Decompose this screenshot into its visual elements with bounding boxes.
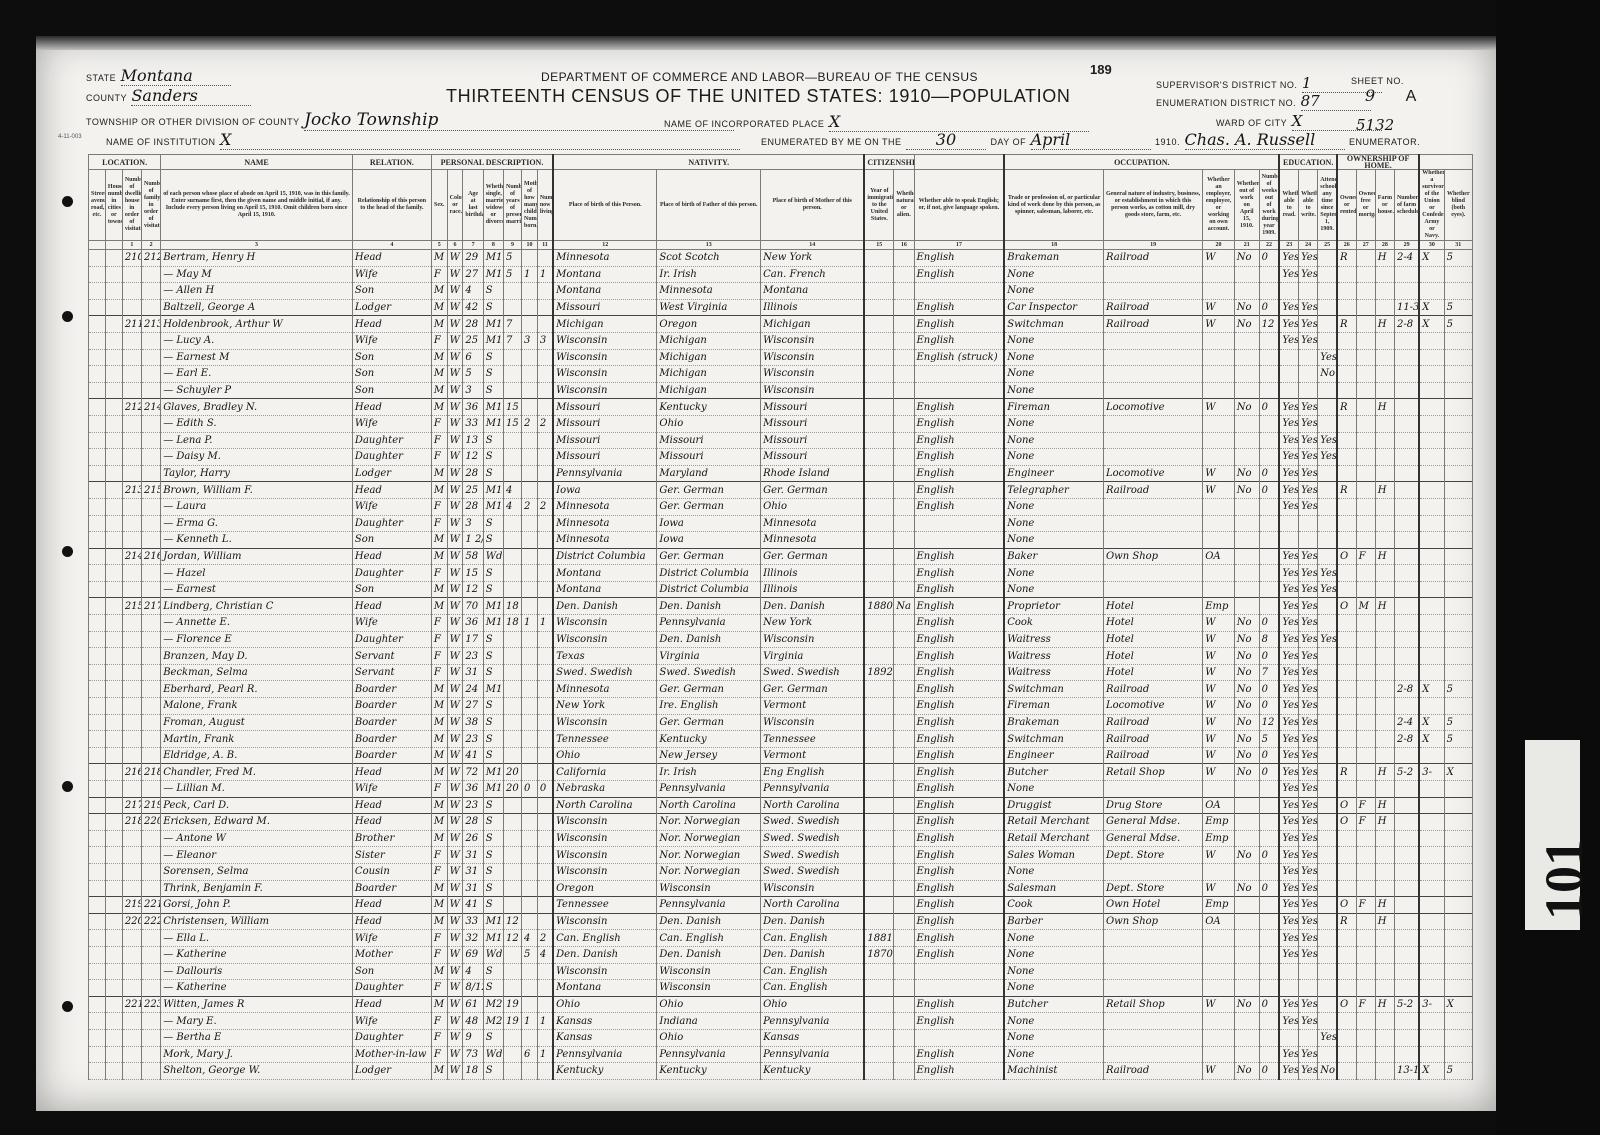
- farm-house: [1375, 266, 1394, 283]
- owned-rented: [1337, 515, 1356, 532]
- birthplace: Wisconsin: [553, 847, 657, 864]
- mother-birthplace: Pennsylvania: [761, 1013, 865, 1030]
- employment-class: [1203, 415, 1235, 432]
- person-name: Eberhard, Pearl R.: [161, 681, 353, 698]
- children-living: [537, 581, 553, 598]
- person-name: — Earl E.: [161, 366, 353, 383]
- owned-rented: [1337, 283, 1356, 300]
- employment-class: OA: [1203, 548, 1235, 565]
- father-birthplace: Den. Danish: [657, 598, 761, 615]
- industry: [1103, 1029, 1202, 1046]
- children-living: 1: [537, 1046, 553, 1063]
- race: W: [447, 515, 463, 532]
- owned-rented: [1337, 266, 1356, 283]
- can-read: Yes: [1279, 299, 1298, 316]
- language: English: [914, 1013, 1004, 1030]
- coded-col-31: [1444, 1029, 1472, 1046]
- farm-schedule: [1394, 797, 1419, 814]
- person-name: Eldridge, A. B.: [161, 747, 353, 764]
- relation: Servant: [352, 664, 431, 681]
- years-married: [504, 548, 522, 565]
- coded-col-31: [1444, 814, 1472, 831]
- sex: M: [431, 764, 447, 781]
- employment-class: Emp: [1203, 598, 1235, 615]
- mother-birthplace: Tennessee: [761, 731, 865, 748]
- attended-school: Yes: [1318, 581, 1337, 598]
- marital-status: M1: [483, 930, 503, 947]
- attended-school: [1318, 299, 1337, 316]
- marital-status: M1: [483, 498, 503, 515]
- out-of-work: [1234, 1029, 1259, 1046]
- family-number: 220: [141, 814, 160, 831]
- can-read: Yes: [1279, 946, 1298, 963]
- children-living: [537, 283, 553, 300]
- dwelling-number: 218: [122, 814, 141, 831]
- relation: Son: [352, 366, 431, 383]
- owned-rented: [1337, 1013, 1356, 1030]
- age: 17: [463, 631, 483, 648]
- employment-class: Emp: [1203, 814, 1235, 831]
- sex: F: [431, 565, 447, 582]
- table-row: — Laura Wife F W 28 M1 4 2 2 Minnesota G…: [89, 498, 1473, 515]
- family-number: [141, 714, 160, 731]
- naturalization: [894, 863, 914, 880]
- employment-class: [1203, 266, 1235, 283]
- occupation: None: [1004, 498, 1103, 515]
- can-read: Yes: [1279, 797, 1298, 814]
- age: 25: [463, 332, 483, 349]
- industry: Railroad: [1103, 747, 1202, 764]
- attended-school: [1318, 266, 1337, 283]
- father-birthplace: North Carolina: [657, 797, 761, 814]
- employment-class: W: [1203, 714, 1235, 731]
- free-mortgaged: [1356, 747, 1375, 764]
- dwelling-number: [122, 631, 141, 648]
- farm-house: [1375, 631, 1394, 648]
- farm-schedule: [1394, 548, 1419, 565]
- language: English (struck): [914, 349, 1004, 366]
- out-of-work: No: [1234, 681, 1259, 698]
- person-name: Brown, William F.: [161, 482, 353, 499]
- coded-col-31: [1444, 565, 1472, 582]
- mother-birthplace: Missouri: [761, 432, 865, 449]
- children-born: [522, 631, 538, 648]
- years-married: 5: [504, 266, 522, 283]
- mother-birthplace: Minnesota: [761, 532, 865, 549]
- coded-col-30: [1419, 1013, 1444, 1030]
- relation: Boarder: [352, 731, 431, 748]
- age: 15: [463, 565, 483, 582]
- dwelling-number: [122, 930, 141, 947]
- immigration-year: [864, 349, 893, 366]
- owned-rented: [1337, 1046, 1356, 1063]
- binder-hole-icon: [62, 196, 73, 207]
- can-read: Yes: [1279, 598, 1298, 615]
- relation: Head: [352, 996, 431, 1013]
- father-birthplace: Michigan: [657, 366, 761, 383]
- father-birthplace: Scot Scotch: [657, 250, 761, 267]
- sex: F: [431, 332, 447, 349]
- employment-class: [1203, 283, 1235, 300]
- can-read: Yes: [1279, 415, 1298, 432]
- employment-class: W: [1203, 465, 1235, 482]
- free-mortgaged: [1356, 366, 1375, 383]
- farm-house: [1375, 283, 1394, 300]
- mother-birthplace: Swed. Swedish: [761, 814, 865, 831]
- out-of-work: [1234, 797, 1259, 814]
- race: W: [447, 482, 463, 499]
- farm-schedule: [1394, 980, 1419, 997]
- children-living: [537, 996, 553, 1013]
- weeks-out: 7: [1259, 664, 1279, 681]
- naturalization: [894, 465, 914, 482]
- free-mortgaged: [1356, 631, 1375, 648]
- employment-class: W: [1203, 299, 1235, 316]
- race: W: [447, 880, 463, 897]
- mother-birthplace: Rhode Island: [761, 465, 865, 482]
- naturalization: [894, 332, 914, 349]
- weeks-out: 0: [1259, 615, 1279, 632]
- language: English: [914, 863, 1004, 880]
- farm-schedule: 2-4: [1394, 250, 1419, 267]
- sex: F: [431, 863, 447, 880]
- can-read: Yes: [1279, 781, 1298, 798]
- weeks-out: [1259, 781, 1279, 798]
- birthplace: Kansas: [553, 1029, 657, 1046]
- family-number: 215: [141, 482, 160, 499]
- table-row: — Dallouris Son M W 4 S Wisconsin Wiscon…: [89, 963, 1473, 980]
- employment-class: W: [1203, 399, 1235, 416]
- attended-school: [1318, 814, 1337, 831]
- sex: M: [431, 316, 447, 333]
- can-write: Yes: [1299, 764, 1318, 781]
- marital-status: S: [483, 814, 503, 831]
- out-of-work: [1234, 532, 1259, 549]
- can-read: [1279, 980, 1298, 997]
- free-mortgaged: [1356, 880, 1375, 897]
- race: W: [447, 565, 463, 582]
- father-birthplace: Kentucky: [657, 1063, 761, 1080]
- language: English: [914, 598, 1004, 615]
- industry: Dept. Store: [1103, 847, 1202, 864]
- family-number: 222: [141, 913, 160, 930]
- can-write: Yes: [1299, 598, 1318, 615]
- can-read: Yes: [1279, 581, 1298, 598]
- enumerated-day: 30: [906, 130, 986, 150]
- occupation: Fireman: [1004, 698, 1103, 715]
- industry: [1103, 963, 1202, 980]
- owned-rented: [1337, 1029, 1356, 1046]
- can-read: Yes: [1279, 332, 1298, 349]
- weeks-out: 0: [1259, 250, 1279, 267]
- marital-status: S: [483, 581, 503, 598]
- marital-status: M1: [483, 913, 503, 930]
- marital-status: S: [483, 747, 503, 764]
- relation: Wife: [352, 498, 431, 515]
- column-description-row: Street, avenue, road, etc. House number …: [89, 170, 1473, 241]
- attended-school: [1318, 681, 1337, 698]
- relation: Head: [352, 814, 431, 831]
- father-birthplace: Wisconsin: [657, 880, 761, 897]
- family-number: [141, 1029, 160, 1046]
- free-mortgaged: [1356, 731, 1375, 748]
- person-name: — Daisy M.: [161, 449, 353, 466]
- naturalization: [894, 449, 914, 466]
- marital-status: S: [483, 299, 503, 316]
- person-name: — Mary E.: [161, 1013, 353, 1030]
- out-of-work: No: [1234, 664, 1259, 681]
- weeks-out: 12: [1259, 316, 1279, 333]
- farm-schedule: 2-8: [1394, 681, 1419, 698]
- attended-school: [1318, 664, 1337, 681]
- mother-birthplace: Missouri: [761, 399, 865, 416]
- race: W: [447, 847, 463, 864]
- race: W: [447, 399, 463, 416]
- person-name: — Erma G.: [161, 515, 353, 532]
- children-born: [522, 366, 538, 383]
- attended-school: No: [1318, 366, 1337, 383]
- can-write: Yes: [1299, 847, 1318, 864]
- farm-house: [1375, 664, 1394, 681]
- children-born: [522, 797, 538, 814]
- farm-schedule: [1394, 366, 1419, 383]
- out-of-work: [1234, 382, 1259, 399]
- birthplace: Tennessee: [553, 897, 657, 914]
- attended-school: [1318, 930, 1337, 947]
- years-married: [504, 830, 522, 847]
- farm-schedule: [1394, 532, 1419, 549]
- coded-col-31: 5: [1444, 731, 1472, 748]
- table-row: — Earl E. Son M W 5 S Wisconsin Michigan…: [89, 366, 1473, 383]
- children-living: [537, 980, 553, 997]
- age: 31: [463, 664, 483, 681]
- out-of-work: [1234, 930, 1259, 947]
- children-born: 3: [522, 332, 538, 349]
- father-birthplace: Minnesota: [657, 283, 761, 300]
- dwelling-number: [122, 565, 141, 582]
- can-read: Yes: [1279, 648, 1298, 665]
- employment-class: W: [1203, 316, 1235, 333]
- weeks-out: [1259, 382, 1279, 399]
- occupation: Switchman: [1004, 731, 1103, 748]
- children-born: 1: [522, 266, 538, 283]
- marital-status: Wd: [483, 1046, 503, 1063]
- census-sheet: State Montana County Sanders Township or…: [36, 36, 1496, 1111]
- owned-rented: [1337, 299, 1356, 316]
- age: 27: [463, 266, 483, 283]
- language: English: [914, 897, 1004, 914]
- institution-value: X: [220, 130, 740, 150]
- naturalization: [894, 266, 914, 283]
- farm-house: [1375, 532, 1394, 549]
- can-read: Yes: [1279, 432, 1298, 449]
- owned-rented: [1337, 664, 1356, 681]
- language: [914, 532, 1004, 549]
- coded-col-30: [1419, 449, 1444, 466]
- relation: Head: [352, 399, 431, 416]
- person-name: — Florence E: [161, 631, 353, 648]
- coded-col-31: [1444, 863, 1472, 880]
- weeks-out: 0: [1259, 698, 1279, 715]
- owned-rented: [1337, 382, 1356, 399]
- coded-col-30: [1419, 963, 1444, 980]
- free-mortgaged: [1356, 465, 1375, 482]
- sex: M: [431, 299, 447, 316]
- attended-school: [1318, 399, 1337, 416]
- marital-status: S: [483, 432, 503, 449]
- incorporated-place-field: Name of incorporated place X: [664, 112, 1089, 132]
- free-mortgaged: [1356, 581, 1375, 598]
- can-write: Yes: [1299, 648, 1318, 665]
- father-birthplace: Nor. Norwegian: [657, 863, 761, 880]
- relation: Cousin: [352, 863, 431, 880]
- farm-house: [1375, 565, 1394, 582]
- children-living: [537, 631, 553, 648]
- father-birthplace: Nor. Norwegian: [657, 814, 761, 831]
- dwelling-number: [122, 349, 141, 366]
- table-row: — Edith S. Wife F W 33 M1 15 2 2 Missour…: [89, 415, 1473, 432]
- dwelling-number: [122, 366, 141, 383]
- table-row: Beckman, Selma Servant F W 31 S Swed. Sw…: [89, 664, 1473, 681]
- can-read: Yes: [1279, 399, 1298, 416]
- farm-house: [1375, 332, 1394, 349]
- family-number: [141, 283, 160, 300]
- age: 28: [463, 814, 483, 831]
- relation: Daughter: [352, 565, 431, 582]
- marital-status: M1: [483, 482, 503, 499]
- weeks-out: 0: [1259, 299, 1279, 316]
- father-birthplace: Missouri: [657, 449, 761, 466]
- occupation: Switchman: [1004, 681, 1103, 698]
- relation: Head: [352, 913, 431, 930]
- marital-status: S: [483, 631, 503, 648]
- naturalization: [894, 731, 914, 748]
- naturalization: [894, 283, 914, 300]
- naturalization: [894, 814, 914, 831]
- naturalization: Na: [894, 598, 914, 615]
- age: 18: [463, 1063, 483, 1080]
- table-row: — Annette E. Wife F W 36 M1 18 1 1 Wisco…: [89, 615, 1473, 632]
- out-of-work: No: [1234, 714, 1259, 731]
- farm-schedule: [1394, 631, 1419, 648]
- table-row: 218 220 Ericksen, Edward M. Head M W 28 …: [89, 814, 1473, 831]
- coded-col-30: [1419, 548, 1444, 565]
- children-living: [537, 648, 553, 665]
- birthplace: Pennsylvania: [553, 465, 657, 482]
- coded-col-30: [1419, 648, 1444, 665]
- sex: F: [431, 631, 447, 648]
- naturalization: [894, 382, 914, 399]
- mother-birthplace: Ger. German: [761, 681, 865, 698]
- race: W: [447, 913, 463, 930]
- coded-col-31: [1444, 615, 1472, 632]
- race: W: [447, 382, 463, 399]
- immigration-year: [864, 980, 893, 997]
- can-read: [1279, 515, 1298, 532]
- occupation: Salesman: [1004, 880, 1103, 897]
- coded-col-31: [1444, 1013, 1472, 1030]
- coded-col-30: [1419, 913, 1444, 930]
- age: 25: [463, 482, 483, 499]
- table-row: 221 223 Witten, James R Head M W 61 M2 1…: [89, 996, 1473, 1013]
- immigration-year: [864, 482, 893, 499]
- language: English: [914, 731, 1004, 748]
- binder-hole-icon: [62, 1001, 73, 1012]
- owned-rented: R: [1337, 482, 1356, 499]
- family-number: [141, 565, 160, 582]
- free-mortgaged: [1356, 847, 1375, 864]
- naturalization: [894, 581, 914, 598]
- immigration-year: [864, 316, 893, 333]
- father-birthplace: Pennsylvania: [657, 615, 761, 632]
- years-married: 20: [504, 764, 522, 781]
- mother-birthplace: Vermont: [761, 698, 865, 715]
- relation: Son: [352, 382, 431, 399]
- can-read: Yes: [1279, 863, 1298, 880]
- birthplace: Swed. Swedish: [553, 664, 657, 681]
- weeks-out: [1259, 349, 1279, 366]
- table-row: Taylor, Harry Lodger M W 28 S Pennsylvan…: [89, 465, 1473, 482]
- relation: Daughter: [352, 1029, 431, 1046]
- birthplace: Missouri: [553, 299, 657, 316]
- family-number: [141, 349, 160, 366]
- free-mortgaged: [1356, 382, 1375, 399]
- weeks-out: [1259, 980, 1279, 997]
- marital-status: S: [483, 465, 503, 482]
- relation: Son: [352, 532, 431, 549]
- children-living: [537, 714, 553, 731]
- mother-birthplace: Wisconsin: [761, 631, 865, 648]
- family-number: 212: [141, 250, 160, 267]
- can-write: Yes: [1299, 781, 1318, 798]
- coded-col-30: [1419, 847, 1444, 864]
- mother-birthplace: Illinois: [761, 581, 865, 598]
- can-write: Yes: [1299, 332, 1318, 349]
- children-born: [522, 316, 538, 333]
- can-write: Yes: [1299, 250, 1318, 267]
- free-mortgaged: [1356, 283, 1375, 300]
- relation: Son: [352, 283, 431, 300]
- can-read: Yes: [1279, 747, 1298, 764]
- years-married: 4: [504, 482, 522, 499]
- language: English: [914, 250, 1004, 267]
- weeks-out: [1259, 332, 1279, 349]
- family-number: [141, 847, 160, 864]
- incorporated-place-value: X: [829, 112, 1089, 132]
- out-of-work: No: [1234, 996, 1259, 1013]
- children-born: [522, 897, 538, 914]
- employment-class: [1203, 332, 1235, 349]
- person-name: — Katherine: [161, 946, 353, 963]
- coded-col-31: [1444, 830, 1472, 847]
- attended-school: [1318, 698, 1337, 715]
- race: W: [447, 664, 463, 681]
- person-name: Beckman, Selma: [161, 664, 353, 681]
- age: 69: [463, 946, 483, 963]
- marital-status: M2: [483, 1013, 503, 1030]
- language: English: [914, 548, 1004, 565]
- employment-class: [1203, 863, 1235, 880]
- family-number: [141, 1063, 160, 1080]
- weeks-out: [1259, 532, 1279, 549]
- marital-status: M1: [483, 399, 503, 416]
- farm-house: [1375, 615, 1394, 632]
- attended-school: Yes: [1318, 432, 1337, 449]
- sex: M: [431, 465, 447, 482]
- weeks-out: [1259, 548, 1279, 565]
- race: W: [447, 316, 463, 333]
- sex: M: [431, 681, 447, 698]
